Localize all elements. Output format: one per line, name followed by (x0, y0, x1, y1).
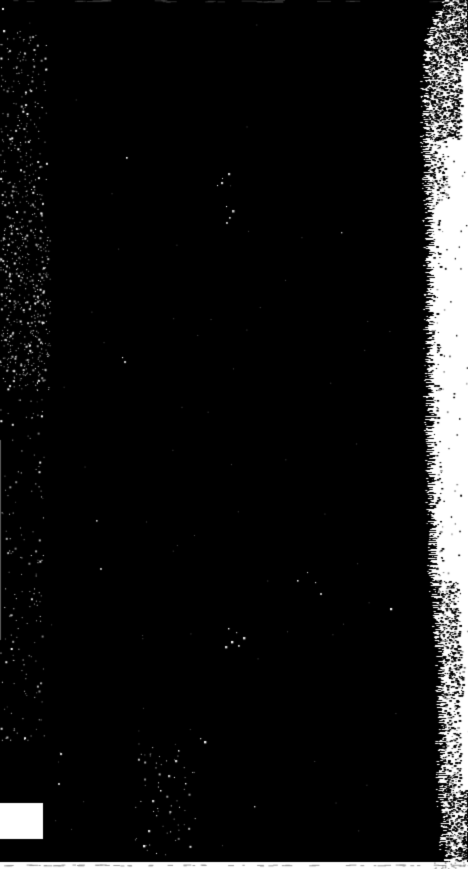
scanned-page (0, 0, 468, 869)
scanned-page-image (0, 0, 468, 869)
